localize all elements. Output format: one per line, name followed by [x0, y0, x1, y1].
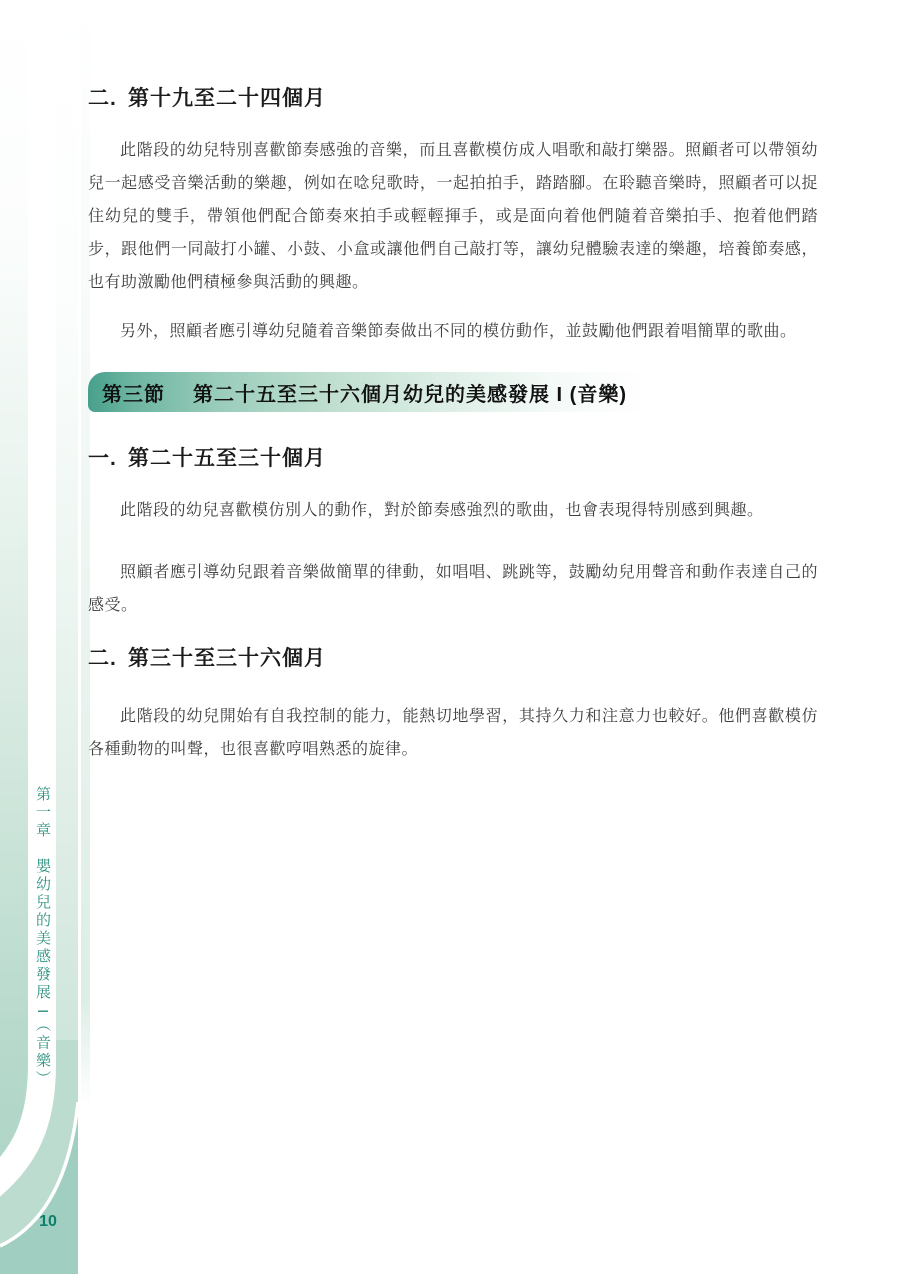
paragraph-30-36: 此階段的幼兒開始有自我控制的能力，能熱切地學習，其持久力和注意力也較好。他們喜歡… [88, 700, 818, 766]
heading-number: 二. [88, 82, 128, 112]
heading-25-30-months: 一.第二十五至三十個月 [88, 442, 818, 470]
paragraph-25-30-a: 此階段的幼兒喜歡模仿別人的動作，對於節奏感強烈的歌曲，也會表現得特別感到興趣。 [88, 494, 818, 527]
paragraph-19-24-b: 另外，照顧者應引導幼兒隨着音樂節奏做出不同的模仿動作，並鼓勵他們跟着唱簡單的歌曲… [88, 315, 818, 348]
page-number: 10 [22, 1213, 74, 1231]
chapter-vertical-title: 第一章 嬰幼兒的美感發展 I（音樂） [29, 786, 55, 1126]
heading-title: 第三十至三十六個月 [128, 647, 326, 670]
paragraph-25-30-b: 照顧者應引導幼兒跟着音樂做簡單的律動，如唱唱、跳跳等，鼓勵幼兒用聲音和動作表達自… [88, 556, 818, 622]
document-page: 第一章 嬰幼兒的美感發展 I（音樂） 10 二.第十九至二十四個月 此階段的幼兒… [0, 0, 900, 1274]
section-3-header: 第三節 第二十五至三十六個月幼兒的美感發展 I (音樂) [88, 372, 833, 412]
section-label: 第三節 [102, 378, 165, 407]
paragraph-19-24-a: 此階段的幼兒特別喜歡節奏感強的音樂，而且喜歡模仿成人唱歌和敲打樂器。照顧者可以帶… [88, 134, 818, 299]
heading-title: 第二十五至三十個月 [128, 447, 326, 470]
heading-number: 一. [88, 442, 128, 472]
heading-title: 第十九至二十四個月 [128, 87, 326, 110]
section-title: 第二十五至三十六個月幼兒的美感發展 I (音樂) [193, 378, 627, 407]
heading-19-24-months: 二.第十九至二十四個月 [88, 82, 818, 110]
chapter-sidebar: 第一章 嬰幼兒的美感發展 I（音樂） 10 [0, 0, 90, 1274]
heading-30-36-months: 二.第三十至三十六個月 [88, 642, 818, 670]
heading-number: 二. [88, 642, 128, 672]
